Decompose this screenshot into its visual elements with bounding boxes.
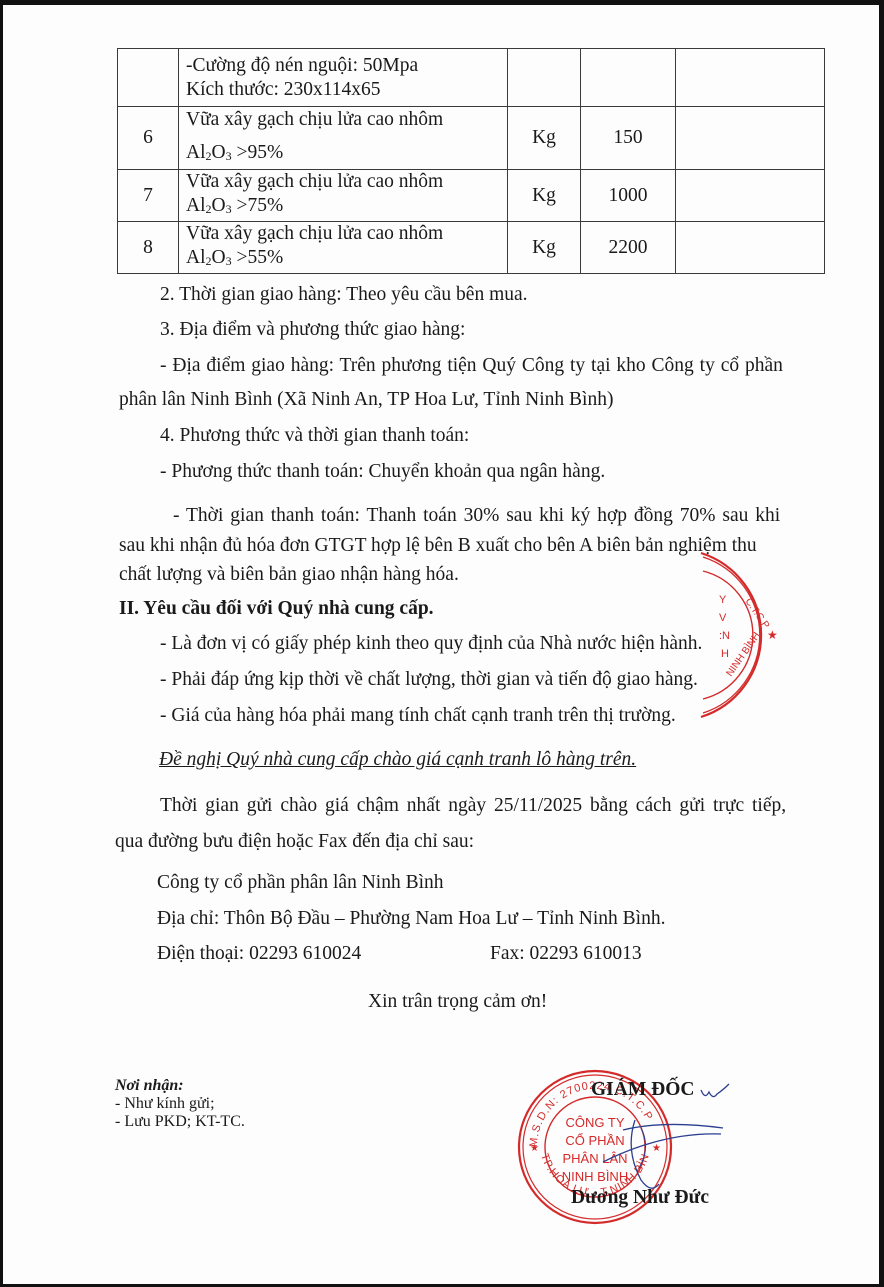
spec-strength: -Cường độ nén nguội: 50Mpa [186, 54, 500, 78]
payment-time-line3: chất lượng và biên bản giao nhận hàng hó… [119, 564, 459, 586]
row-number: 7 [118, 170, 179, 222]
formula-threshold: >75% [232, 195, 284, 216]
delivery-place-heading: 3. Địa điểm và phương thức giao hàng: [160, 319, 465, 341]
formula-o: O [212, 247, 226, 268]
deadline-line2: qua đường bưu điện hoặc Fax đến địa chỉ … [115, 831, 474, 853]
row-unit: Kg [508, 107, 581, 170]
row-description: Vữa xây gạch chịu lửa cao nhôm Al2O3 >55… [179, 222, 508, 274]
row-quantity: 150 [581, 107, 676, 170]
svg-text:H: H [721, 648, 729, 660]
requirement-item: - Là đơn vị có giấy phép kinh theo quy đ… [160, 633, 702, 655]
row-note [676, 222, 825, 274]
payment-time-line1: - Thời gian thanh toán: Thanh toán 30% s… [173, 505, 780, 527]
items-table: -Cường độ nén nguội: 50Mpa Kích thước: 2… [117, 48, 825, 274]
svg-text:Y: Y [719, 594, 727, 606]
document-page: -Cường độ nén nguội: 50Mpa Kích thước: 2… [3, 5, 879, 1284]
row-description: Vữa xây gạch chịu lửa cao nhôm Al2O3 >75… [179, 170, 508, 222]
formula-al: Al [186, 247, 206, 268]
svg-text::N: :N [719, 630, 730, 642]
formula-threshold: >55% [232, 247, 284, 268]
row-quantity: 1000 [581, 170, 676, 222]
row-note [676, 170, 825, 222]
delivery-time: 2. Thời gian giao hàng: Theo yêu cầu bên… [160, 284, 528, 306]
product-grade: Al2O3 >55% [186, 246, 500, 273]
product-name: Vữa xây gạch chịu lửa cao nhôm [186, 170, 500, 194]
row-unit: Kg [508, 222, 581, 274]
row-note [676, 107, 825, 170]
product-name: Vữa xây gạch chịu lửa cao nhôm [186, 222, 500, 246]
product-name: Vữa xây gạch chịu lửa cao nhôm [186, 108, 500, 132]
handwritten-signature [593, 1070, 733, 1210]
contact-company: Công ty cổ phần phân lân Ninh Bình [157, 872, 444, 894]
formula-threshold: >95% [232, 142, 284, 163]
row-number: 6 [118, 107, 179, 170]
row-number [118, 49, 179, 107]
row-unit [508, 49, 581, 107]
table-row: 7 Vữa xây gạch chịu lửa cao nhôm Al2O3 >… [118, 170, 825, 222]
requirement-item: - Phải đáp ứng kịp thời về chất lượng, t… [160, 669, 698, 691]
row-number: 8 [118, 222, 179, 274]
row-quantity: 2200 [581, 222, 676, 274]
partial-seal-stamp: C.T.C.P ★ NINH BÌNH Y V :N H [683, 545, 793, 725]
delivery-place-line1: - Địa điểm giao hàng: Trên phương tiện Q… [160, 355, 783, 377]
recipients-block: Nơi nhận: - Như kính gửi; - Lưu PKD; KT-… [115, 1077, 245, 1131]
recipient-item: - Lưu PKD; KT-TC. [115, 1113, 245, 1131]
contact-address: Địa chỉ: Thôn Bộ Đầu – Phường Nam Hoa Lư… [157, 908, 665, 930]
product-grade: Al2O3 >95% [186, 141, 500, 168]
spec-size: Kích thước: 230x114x65 [186, 78, 500, 102]
requirement-item: - Giá của hàng hóa phải mang tính chất c… [160, 705, 676, 727]
payment-method: - Phương thức thanh toán: Chuyển khoản q… [160, 461, 605, 483]
payment-heading: 4. Phương thức và thời gian thanh toán: [160, 425, 469, 447]
recipients-heading: Nơi nhận: [115, 1077, 245, 1095]
delivery-place-line2: phân lân Ninh Bình (Xã Ninh An, TP Hoa L… [119, 389, 613, 411]
row-description: Vữa xây gạch chịu lửa cao nhôm Al2O3 >95… [179, 107, 508, 170]
contact-fax: Fax: 02293 610013 [490, 943, 642, 965]
formula-o: O [212, 195, 226, 216]
table-row: -Cường độ nén nguội: 50Mpa Kích thước: 2… [118, 49, 825, 107]
requirements-heading: II. Yêu cầu đối với Quý nhà cung cấp. [119, 598, 434, 620]
formula-al: Al [186, 195, 206, 216]
row-note [676, 49, 825, 107]
deadline-line1: Thời gian gửi chào giá chậm nhất ngày 25… [160, 795, 786, 817]
row-quantity [581, 49, 676, 107]
table-row: 6 Vữa xây gạch chịu lửa cao nhôm Al2O3 >… [118, 107, 825, 170]
payment-time-line2: sau khi nhận đủ hóa đơn GTGT hợp lệ bên … [119, 535, 757, 557]
svg-text:C.T.C.P: C.T.C.P [743, 596, 772, 631]
product-grade: Al2O3 >75% [186, 194, 500, 221]
contact-phone: Điện thoại: 02293 610024 [157, 943, 361, 965]
table-row: 8 Vữa xây gạch chịu lửa cao nhôm Al2O3 >… [118, 222, 825, 274]
proposal-text: Đề nghị Quý nhà cung cấp chào giá cạnh t… [159, 749, 636, 771]
formula-al: Al [186, 142, 206, 163]
row-description: -Cường độ nén nguội: 50Mpa Kích thước: 2… [179, 49, 508, 107]
svg-text:★: ★ [530, 1143, 539, 1154]
closing-text: Xin trân trọng cảm ơn! [368, 991, 547, 1013]
recipient-item: - Như kính gửi; [115, 1095, 245, 1113]
svg-text:V: V [719, 612, 727, 624]
svg-text:★: ★ [767, 628, 778, 642]
formula-o: O [212, 142, 226, 163]
row-unit: Kg [508, 170, 581, 222]
